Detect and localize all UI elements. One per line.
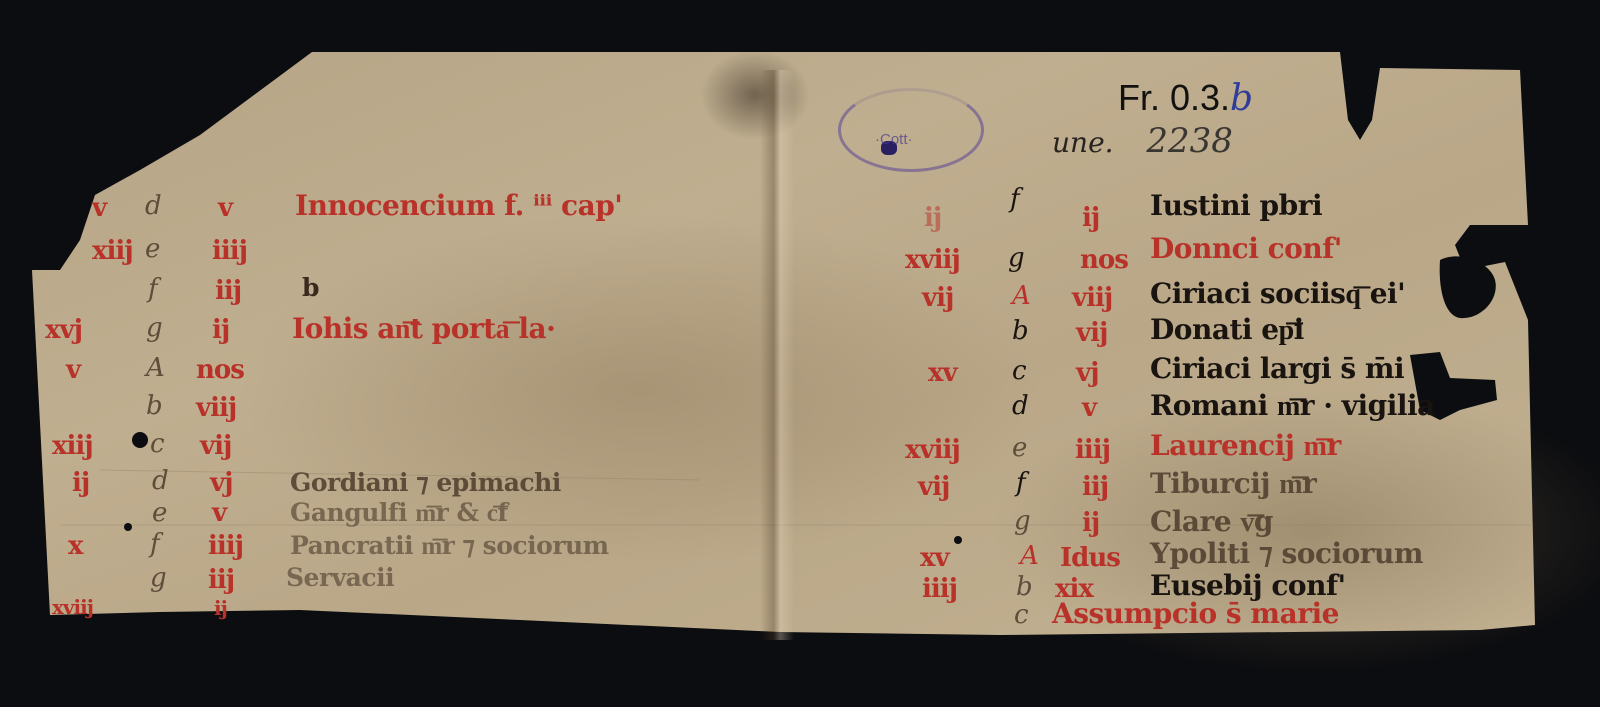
center-fold — [760, 70, 794, 640]
roman-date: iiij — [208, 533, 243, 559]
dominical-letter: A — [1020, 543, 1039, 569]
feast-entry: Donati ep͞i — [1150, 316, 1304, 344]
feast-entry: Gordiani ⁊ epimachi — [290, 470, 561, 495]
roman-date: v — [212, 500, 226, 526]
feast-entry: Servacii — [286, 565, 394, 590]
golden-number: xiij — [92, 238, 133, 264]
dominical-letter: g — [1014, 508, 1031, 534]
feast-entry: Gangulfi m͞r & c͞f — [290, 500, 508, 525]
feast-entry: Tiburcij m͞r — [1150, 470, 1316, 498]
dominical-letter: e — [152, 500, 167, 526]
feast-entry: Ypoliti ⁊ sociorum — [1150, 540, 1423, 568]
dominical-letter: g — [146, 315, 163, 341]
dominical-letter: A — [1012, 283, 1031, 309]
golden-number: x — [68, 533, 83, 559]
roman-date: ij — [1082, 205, 1099, 231]
golden-number: v — [66, 357, 80, 383]
shelfmark-prefix: une. — [1052, 126, 1114, 159]
feast-entry: Assumpcio s̄ marie — [1052, 600, 1339, 628]
golden-number: xv — [928, 360, 957, 386]
roman-date: vij — [1076, 320, 1107, 346]
golden-number: v — [92, 195, 106, 221]
golden-number: vij — [922, 285, 953, 311]
shelfmark-line-2: une. 2238 — [1052, 124, 1233, 158]
roman-date: Idus — [1060, 545, 1120, 571]
roman-date: iij — [208, 567, 234, 593]
dominical-letter: f — [150, 531, 160, 557]
feast-entry: Iohis an͞t porta͞ la· — [292, 315, 555, 343]
roman-date: vij — [200, 433, 231, 459]
dominical-letter: e — [1012, 435, 1027, 461]
dominical-letter: f — [148, 276, 158, 302]
golden-number: ij — [924, 205, 941, 231]
library-stamp: ·Cott· — [838, 88, 984, 172]
golden-number: xviij — [52, 597, 93, 617]
feast-entry: Clare v͞g — [1150, 508, 1273, 536]
golden-number: xviij — [905, 437, 960, 463]
roman-date: ij — [212, 317, 229, 343]
dominical-letter: c — [1014, 602, 1029, 628]
dominical-letter: f — [1010, 186, 1020, 212]
dominical-letter: e — [145, 236, 160, 262]
golden-number: iiij — [922, 576, 957, 602]
roman-date: ij — [1082, 510, 1099, 536]
dominical-letter: b — [146, 393, 163, 419]
feast-entry: Pancratii m͞r ⁊ sociorum — [290, 533, 609, 558]
roman-date: iij — [1082, 474, 1108, 500]
feast-entry: Iustini pbri — [1150, 192, 1322, 220]
shelfmark-line-1: Fr. 0.3.b — [1118, 80, 1253, 117]
golden-number: xvj — [45, 317, 82, 343]
shelfmark-number: 2238 — [1146, 121, 1233, 161]
roman-date: iiij — [1075, 437, 1110, 463]
shelfmark-suffix: b — [1230, 78, 1253, 119]
stamp-text: ·Cott· — [875, 131, 913, 148]
feast-entry: b — [302, 275, 319, 300]
dominical-letter: g — [150, 565, 167, 591]
feast-entry: Laurencij m͞r — [1150, 432, 1341, 460]
feast-entry: Innocencium f. ⁱⁱⁱ cap' — [295, 192, 622, 220]
roman-date: viij — [1072, 285, 1112, 311]
roman-date: iiij — [212, 238, 247, 264]
feast-entry: Ciriaci sociisq͞ ei' — [1150, 280, 1405, 308]
feast-entry: Ciriaci largi s̄ m̄i — [1150, 355, 1404, 383]
roman-date: ij — [214, 598, 227, 618]
roman-date: vj — [210, 470, 233, 496]
roman-date: nos — [1080, 247, 1128, 273]
roman-date: nos — [196, 357, 244, 383]
dominical-letter: d — [152, 468, 169, 494]
roman-date: viij — [196, 395, 236, 421]
dominical-letter: c — [1012, 358, 1027, 384]
feast-entry: Eusebij conf' — [1150, 572, 1346, 600]
golden-number: xiij — [52, 433, 93, 459]
dominical-letter: b — [1016, 574, 1033, 600]
feast-entry: Donnci conf' — [1150, 235, 1342, 263]
document-view: ·Cott· Fr. 0.3.b une. 2238 v d v Innocen… — [0, 0, 1600, 707]
shelfmark-text: Fr. 0.3. — [1118, 77, 1230, 118]
dominical-letter: A — [146, 355, 165, 381]
golden-number: xviij — [905, 247, 960, 273]
roman-date: iij — [215, 278, 241, 304]
feast-entry: Romani m͞r · vigilia — [1150, 392, 1435, 420]
dominical-letter: d — [1012, 393, 1029, 419]
roman-date: v — [1082, 395, 1096, 421]
golden-number: ij — [72, 470, 89, 496]
dominical-letter: f — [1016, 470, 1026, 496]
golden-number: vij — [918, 474, 949, 500]
golden-number: xv — [920, 545, 949, 571]
roman-date: vj — [1076, 360, 1099, 386]
dominical-letter: g — [1008, 245, 1025, 271]
dominical-letter: d — [145, 193, 162, 219]
dominical-letter: b — [1012, 318, 1029, 344]
dominical-letter: c — [150, 431, 165, 457]
roman-date: v — [218, 195, 232, 221]
